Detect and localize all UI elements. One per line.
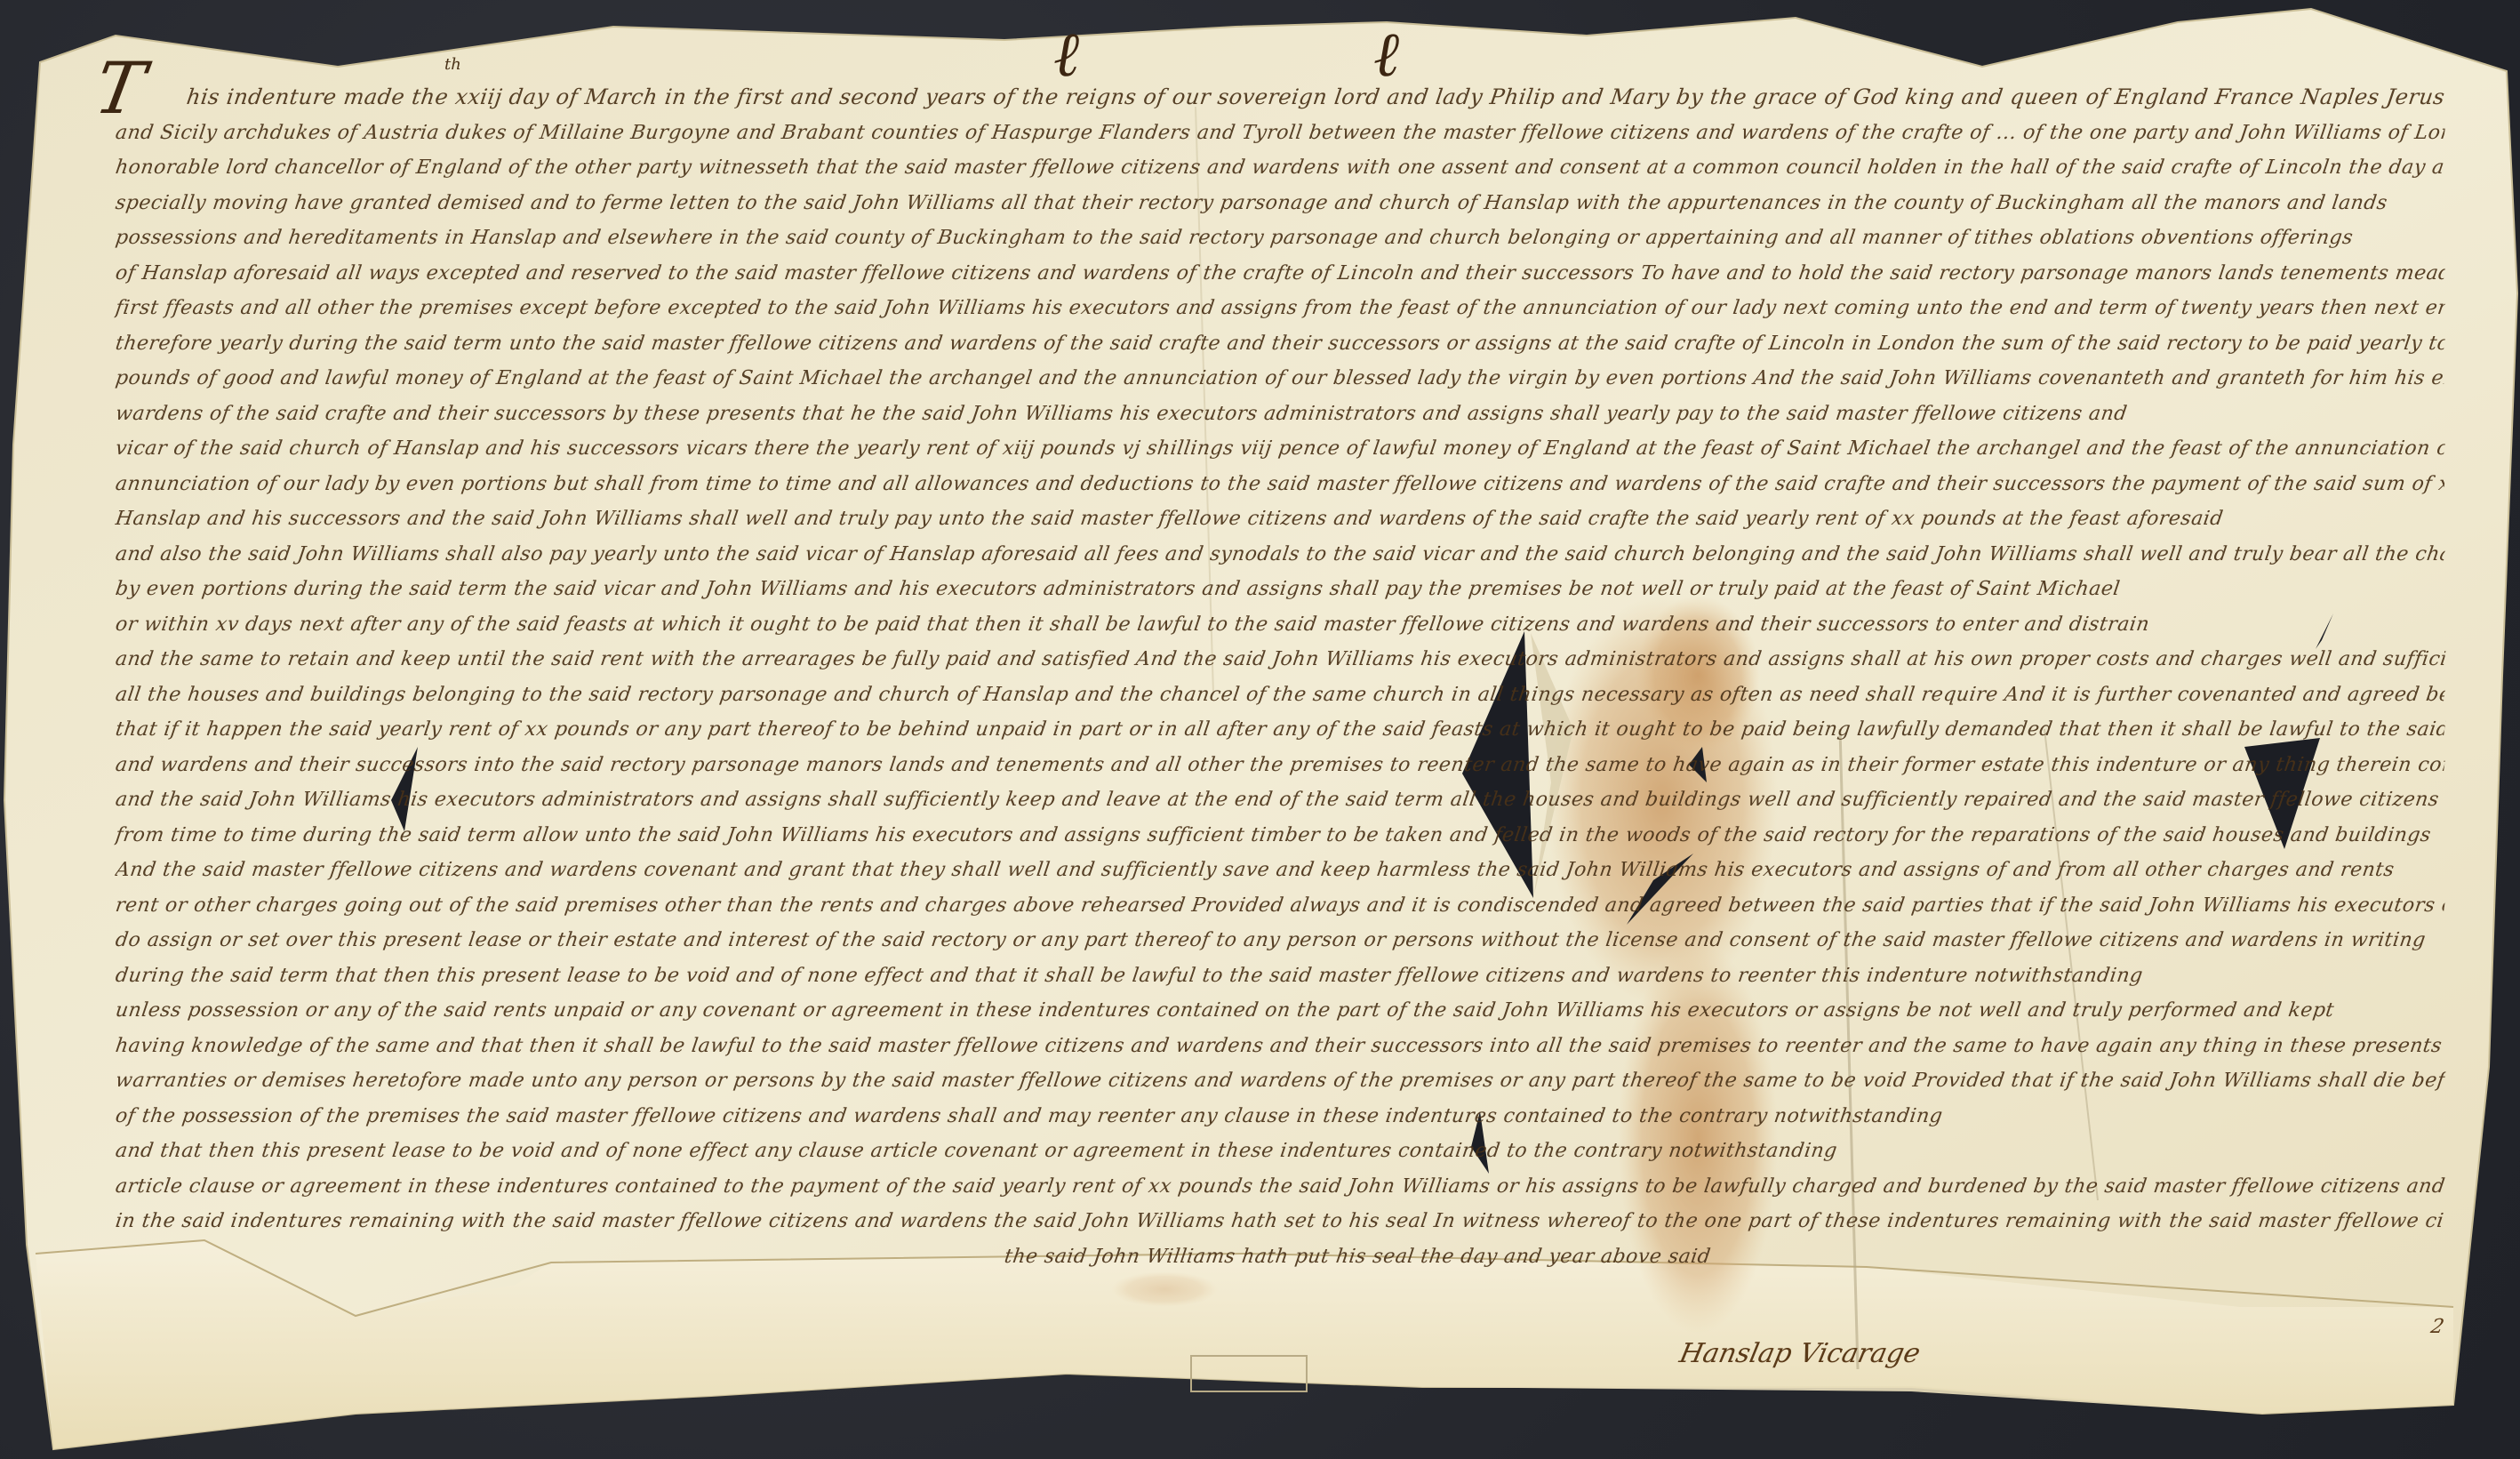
text-line: in the said indentures remaining with th… [113, 1204, 2447, 1239]
text-line: or within xv days next after any of the … [113, 607, 2447, 643]
text-line: and that then this present lease to be v… [113, 1134, 2447, 1169]
text-line: possessions and hereditaments in Hanslap… [113, 220, 2447, 256]
text-line: that if it happen the said yearly rent o… [113, 712, 2447, 748]
text-line: specially moving have granted demised an… [113, 186, 2447, 221]
text-line: by even portions during the said term th… [113, 572, 2447, 607]
text-line: honorable lord chancellor of England of … [113, 150, 2447, 186]
text-line: of the possession of the premises the sa… [113, 1099, 2447, 1134]
text-line: vicar of the said church of Hanslap and … [113, 431, 2447, 467]
text-line: and also the said John Williams shall al… [113, 537, 2447, 573]
text-line: wardens of the said crafte and their suc… [113, 397, 2447, 432]
text-line: Hanslap and his successors and the said … [113, 501, 2447, 537]
text-line: pounds of good and lawful money of Engla… [113, 361, 2447, 397]
text-line: therefore yearly during the said term un… [113, 326, 2447, 362]
text-line: and wardens and their successors into th… [113, 748, 2447, 783]
text-line: unless possession or any of the said ren… [113, 993, 2447, 1029]
indenture-text: his indenture made the xxiij day of Marc… [116, 80, 2444, 1274]
text-line: and Sicily archdukes of Austria dukes of… [113, 116, 2447, 151]
text-line: during the said term that then this pres… [113, 958, 2447, 994]
text-line: first ffeasts and all other the premises… [113, 291, 2447, 326]
text-line: do assign or set over this present lease… [113, 923, 2447, 958]
text-line: And the said master ffellowe citizens an… [113, 853, 2447, 888]
text-line: and the same to retain and keep until th… [113, 642, 2447, 677]
text-line: having knowledge of the same and that th… [113, 1029, 2447, 1064]
text-line: of Hanslap aforesaid all ways excepted a… [113, 256, 2447, 292]
text-line: and the said John Williams his executors… [113, 782, 2447, 818]
text-line: rent or other charges going out of the s… [113, 888, 2447, 924]
text-line: from time to time during the said term a… [113, 818, 2447, 854]
interlinear-note: th [444, 55, 461, 74]
text-line: annunciation of our lady by even portion… [113, 467, 2447, 502]
text-line: warranties or demises heretofore made un… [113, 1063, 2447, 1099]
text-line: article clause or agreement in these ind… [113, 1169, 2447, 1205]
text-line: his indenture made the xxiij day of Marc… [113, 80, 2447, 116]
text-line: all the houses and buildings belonging t… [113, 677, 2447, 713]
endorsement-signature: Hanslap Vicarage [1676, 1338, 1923, 1369]
text-line-final: the said John Williams hath put his seal… [113, 1239, 2447, 1275]
